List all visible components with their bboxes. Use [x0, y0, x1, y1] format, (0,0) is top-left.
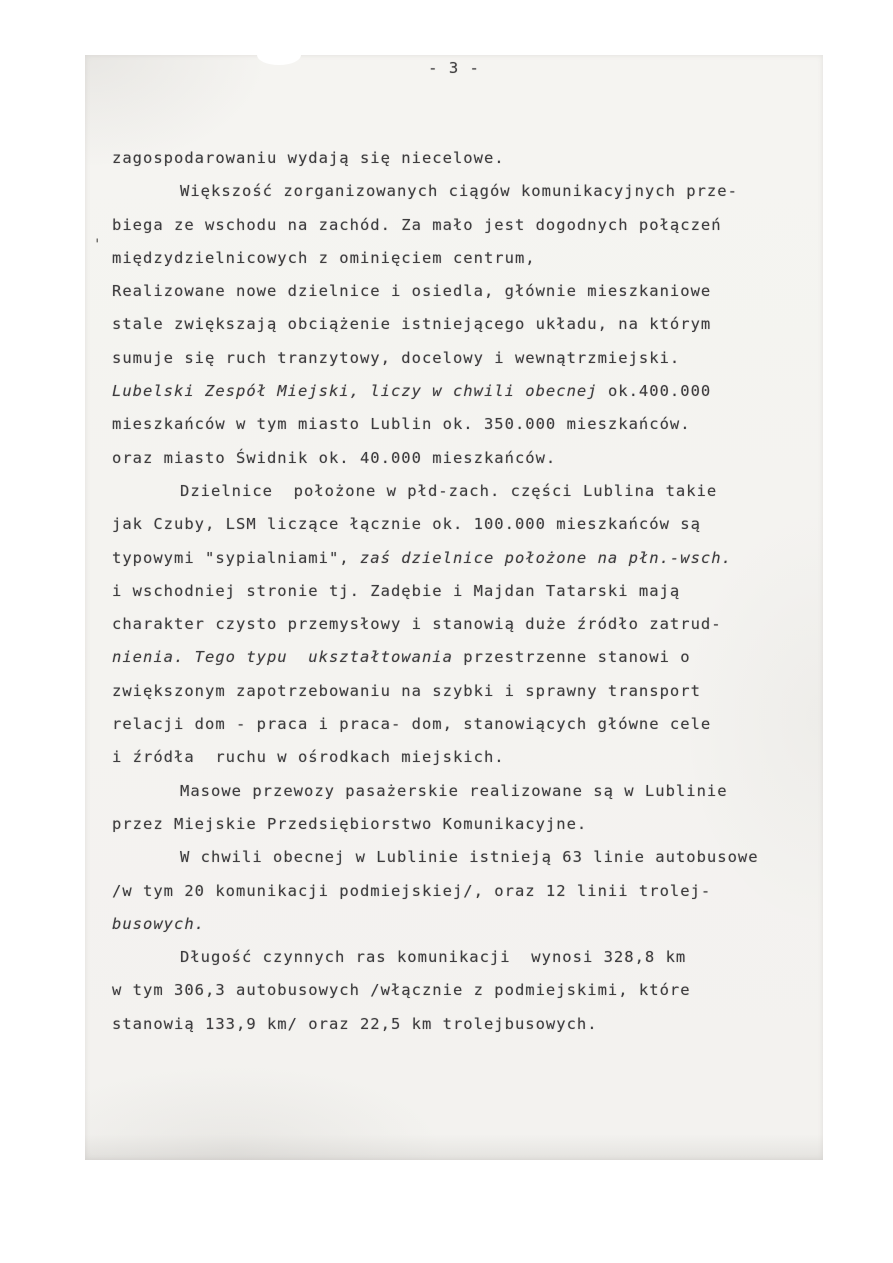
text-line: busowych.: [112, 908, 802, 941]
text-segment: oraz miasto Świdnik ok. 40.000 mieszkańc…: [112, 449, 556, 467]
text-line: jak Czuby, LSM liczące łącznie ok. 100.0…: [112, 508, 802, 541]
text-line: W chwili obecnej w Lublinie istnieją 63 …: [112, 841, 802, 874]
text-segment: nienia. Tego typu ukształtowania: [112, 648, 453, 666]
text-segment: charakter czysto przemysłowy i stanowią …: [112, 615, 722, 633]
scanned-document-canvas: - 3 - ' zagospodarowaniu wydają się niec…: [0, 0, 893, 1263]
scan-shadow: [85, 1134, 823, 1160]
text-line: charakter czysto przemysłowy i stanowią …: [112, 608, 802, 641]
text-line: zwiększonym zapotrzebowaniu na szybki i …: [112, 675, 802, 708]
text-line: /w tym 20 komunikacji podmiejskiej/, ora…: [112, 875, 802, 908]
text-segment: przestrzenne stanowi o: [453, 648, 691, 666]
text-line: i źródła ruchu w ośrodkach miejskich.: [112, 741, 802, 774]
text-line: sumuje się ruch tranzytowy, docelowy i w…: [112, 342, 802, 375]
text-segment: przez Miejskie Przedsiębiorstwo Komunika…: [112, 815, 587, 833]
text-segment: jak Czuby, LSM liczące łącznie ok. 100.0…: [112, 515, 701, 533]
text-line: i wschodniej stronie tj. Zadębie i Majda…: [112, 575, 802, 608]
text-line: Realizowane nowe dzielnice i osiedla, gł…: [112, 275, 802, 308]
text-block: zagospodarowaniu wydają się niecelowe.Wi…: [112, 142, 802, 1041]
text-segment: sumuje się ruch tranzytowy, docelowy i w…: [112, 349, 680, 367]
text-line: typowymi "sypialniami", zaś dzielnice po…: [112, 542, 802, 575]
text-segment: zaś dzielnice położone na płn.-wsch.: [360, 549, 732, 567]
text-segment: ok.400.000: [598, 382, 712, 400]
text-segment: Większość zorganizowanych ciągów komunik…: [180, 182, 738, 200]
text-line: relacji dom - praca i praca- dom, stanow…: [112, 708, 802, 741]
text-segment: stale zwiększają obciążenie istniejącego…: [112, 315, 711, 333]
text-segment: W chwili obecnej w Lublinie istnieją 63 …: [180, 848, 759, 866]
text-segment: mieszkańców w tym miasto Lublin ok. 350.…: [112, 415, 691, 433]
text-line: zagospodarowaniu wydają się niecelowe.: [112, 142, 802, 175]
text-segment: /w tym 20 komunikacji podmiejskiej/, ora…: [112, 882, 711, 900]
text-line: biega ze wschodu na zachód. Za mało jest…: [112, 209, 802, 242]
text-line: Lubelski Zespół Miejski, liczy w chwili …: [112, 375, 802, 408]
text-segment: międzydzielnicowych z ominięciem centrum…: [112, 249, 536, 267]
text-segment: typowymi "sypialniami",: [112, 549, 360, 567]
text-segment: stanowią 133,9 km/ oraz 22,5 km trolejbu…: [112, 1015, 598, 1033]
text-line: stale zwiększają obciążenie istniejącego…: [112, 308, 802, 341]
page-number: - 3 -: [85, 59, 823, 77]
text-segment: busowych.: [112, 915, 205, 933]
text-segment: relacji dom - praca i praca- dom, stanow…: [112, 715, 711, 733]
text-line: stanowią 133,9 km/ oraz 22,5 km trolejbu…: [112, 1008, 802, 1041]
text-segment: i źródła ruchu w ośrodkach miejskich.: [112, 748, 505, 766]
text-line: mieszkańców w tym miasto Lublin ok. 350.…: [112, 408, 802, 441]
document-page: - 3 - ' zagospodarowaniu wydają się niec…: [85, 55, 823, 1160]
text-segment: biega ze wschodu na zachód. Za mało jest…: [112, 216, 722, 234]
text-line: nienia. Tego typu ukształtowania przestr…: [112, 641, 802, 674]
text-segment: i wschodniej stronie tj. Zadębie i Majda…: [112, 582, 680, 600]
text-line: międzydzielnicowych z ominięciem centrum…: [112, 242, 802, 275]
text-segment: Lubelski Zespół Miejski, liczy w chwili …: [112, 382, 598, 400]
text-segment: Długość czynnych ras komunikacji wynosi …: [180, 948, 686, 966]
text-segment: zwiększonym zapotrzebowaniu na szybki i …: [112, 682, 701, 700]
text-line: w tym 306,3 autobusowych /włącznie z pod…: [112, 974, 802, 1007]
stray-ink-mark: ': [93, 237, 101, 253]
text-segment: Realizowane nowe dzielnice i osiedla, gł…: [112, 282, 711, 300]
text-segment: w tym 306,3 autobusowych /włącznie z pod…: [112, 981, 691, 999]
text-line: oraz miasto Świdnik ok. 40.000 mieszkańc…: [112, 442, 802, 475]
text-line: Masowe przewozy pasażerskie realizowane …: [112, 775, 802, 808]
text-segment: zagospodarowaniu wydają się niecelowe.: [112, 149, 505, 167]
text-line: przez Miejskie Przedsiębiorstwo Komunika…: [112, 808, 802, 841]
text-segment: Masowe przewozy pasażerskie realizowane …: [180, 782, 728, 800]
text-line: Dzielnice położone w płd-zach. części Lu…: [112, 475, 802, 508]
text-segment: Dzielnice położone w płd-zach. części Lu…: [180, 482, 717, 500]
text-line: Długość czynnych ras komunikacji wynosi …: [112, 941, 802, 974]
text-line: Większość zorganizowanych ciągów komunik…: [112, 175, 802, 208]
